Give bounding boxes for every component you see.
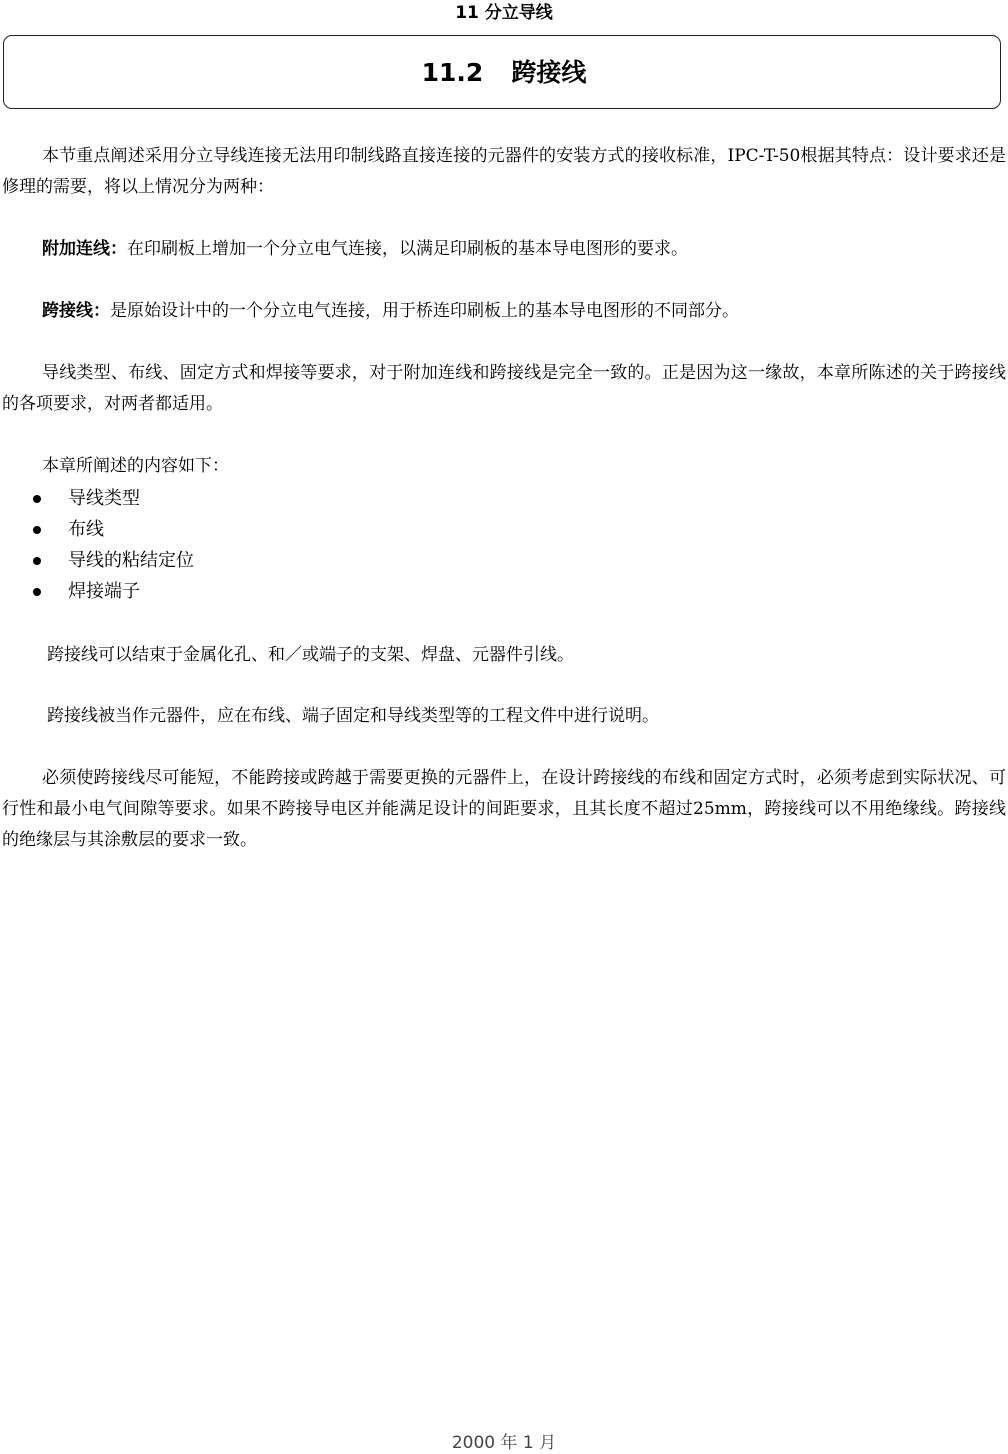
contents-list: 导线类型 布线 导线的粘结定位 焊接端子 [0,483,194,607]
as-component-paragraph: 跨接线被当作元器件，应在布线、端子固定和导线类型等的工程文件中进行说明。 [47,701,997,732]
definition-jumper-wire: 跨接线：是原始设计中的一个分立电气连接，用于桥连印刷板上的基本导电图形的不同部分… [2,296,1006,327]
list-item: 导线的粘结定位 [0,545,194,576]
list-item: 布线 [0,514,194,545]
intro-paragraph: 本节重点阐述采用分立导线连接无法用印制线路直接连接的元器件的安装方式的接收标准，… [2,141,1006,203]
contents-intro: 本章所阐述的内容如下： [2,451,1006,482]
definition-term: 跨接线： [42,301,110,321]
definition-term: 附加连线： [42,239,127,259]
list-item: 导线类型 [0,483,194,514]
requirements-paragraph: 必须使跨接线尽可能短，不能跨接或跨越于需要更换的元器件上，在设计跨接线的布线和固… [2,763,1006,856]
definition-text: 是原始设计中的一个分立电气连接，用于桥连印刷板上的基本导电图形的不同部分。 [110,301,739,321]
bullet-icon [33,557,41,565]
page-footer-date: 2000 年 1 月 [0,1428,1008,1453]
termination-paragraph: 跨接线可以结束于金属化孔、和／或端子的支架、焊盘、元器件引线。 [47,640,997,671]
list-item: 焊接端子 [0,576,194,607]
definition-additional-wire: 附加连线：在印刷板上增加一个分立电气连接，以满足印刷板的基本导电图形的要求。 [2,234,1006,265]
bullet-icon [33,588,41,596]
section-number: 11.2 [422,58,484,87]
section-title-text: 跨接线 [511,58,586,87]
bullet-icon [33,495,41,503]
bullet-icon [33,526,41,534]
chapter-header: 11 分立导线 [0,1,1008,25]
common-requirements-paragraph: 导线类型、布线、固定方式和焊接等要求，对于附加连线和跨接线是完全一致的。正是因为… [2,358,1006,420]
section-title: 11.2跨接线 [0,55,1008,91]
definition-text: 在印刷板上增加一个分立电气连接，以满足印刷板的基本导电图形的要求。 [127,239,688,259]
